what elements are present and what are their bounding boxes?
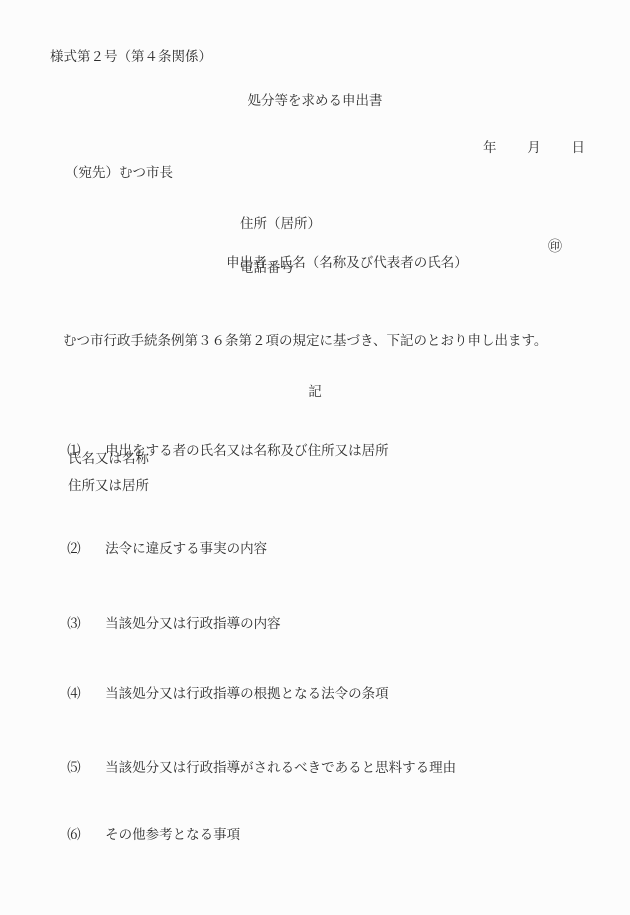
- date-month-label: 月: [527, 141, 541, 157]
- item-4: ⑷当該処分又は行政指導の根拠となる法令の条項: [50, 671, 389, 718]
- body-paragraph: むつ市行政手続条例第３６条第２項の規定に基づき、下記のとおり申し出ます。: [63, 334, 547, 350]
- date-year-label: 年: [483, 141, 497, 157]
- applicant-phone-label: 電話番号: [240, 261, 294, 277]
- applicant-name-label: 氏名（名称及び代表者の氏名）: [279, 255, 468, 271]
- item-5-number: ⑸: [67, 761, 105, 777]
- date-day-label: 日: [572, 141, 586, 157]
- item-4-label: 当該処分又は行政指導の根拠となる法令の条項: [105, 686, 389, 702]
- seal-mark: ㊞: [548, 239, 562, 255]
- page-title: 処分等を求める申出書: [0, 94, 630, 110]
- item-1-subline-name: 氏名又は名称: [68, 452, 149, 468]
- item-6-label: その他参考となる事項: [105, 827, 240, 843]
- item-3-number: ⑶: [67, 617, 105, 633]
- item-5: ⑸当該処分又は行政指導がされるべきであると思料する理由: [50, 745, 456, 792]
- item-2-number: ⑵: [67, 542, 105, 558]
- addressee-line: （宛先）むつ市長: [65, 166, 173, 182]
- form-number: 様式第２号（第４条関係）: [50, 50, 212, 66]
- item-6: ⑹その他参考となる事項: [50, 812, 240, 859]
- date-line: 年 月 日: [483, 141, 585, 157]
- item-2: ⑵法令に違反する事実の内容: [50, 526, 267, 573]
- item-3: ⑶当該処分又は行政指導の内容: [50, 601, 281, 648]
- item-5-label: 当該処分又は行政指導がされるべきであると思料する理由: [105, 760, 456, 776]
- item-3-label: 当該処分又は行政指導の内容: [105, 616, 281, 632]
- record-heading: 記: [0, 385, 630, 401]
- document-page: 様式第２号（第４条関係） 処分等を求める申出書 年 月 日 （宛先）むつ市長 住…: [0, 0, 630, 915]
- item-1-subline-address: 住所又は居所: [68, 479, 149, 495]
- item-6-number: ⑹: [67, 828, 105, 844]
- applicant-address-label: 住所（居所）: [240, 217, 321, 233]
- item-2-label: 法令に違反する事実の内容: [105, 541, 267, 557]
- item-4-number: ⑷: [67, 687, 105, 703]
